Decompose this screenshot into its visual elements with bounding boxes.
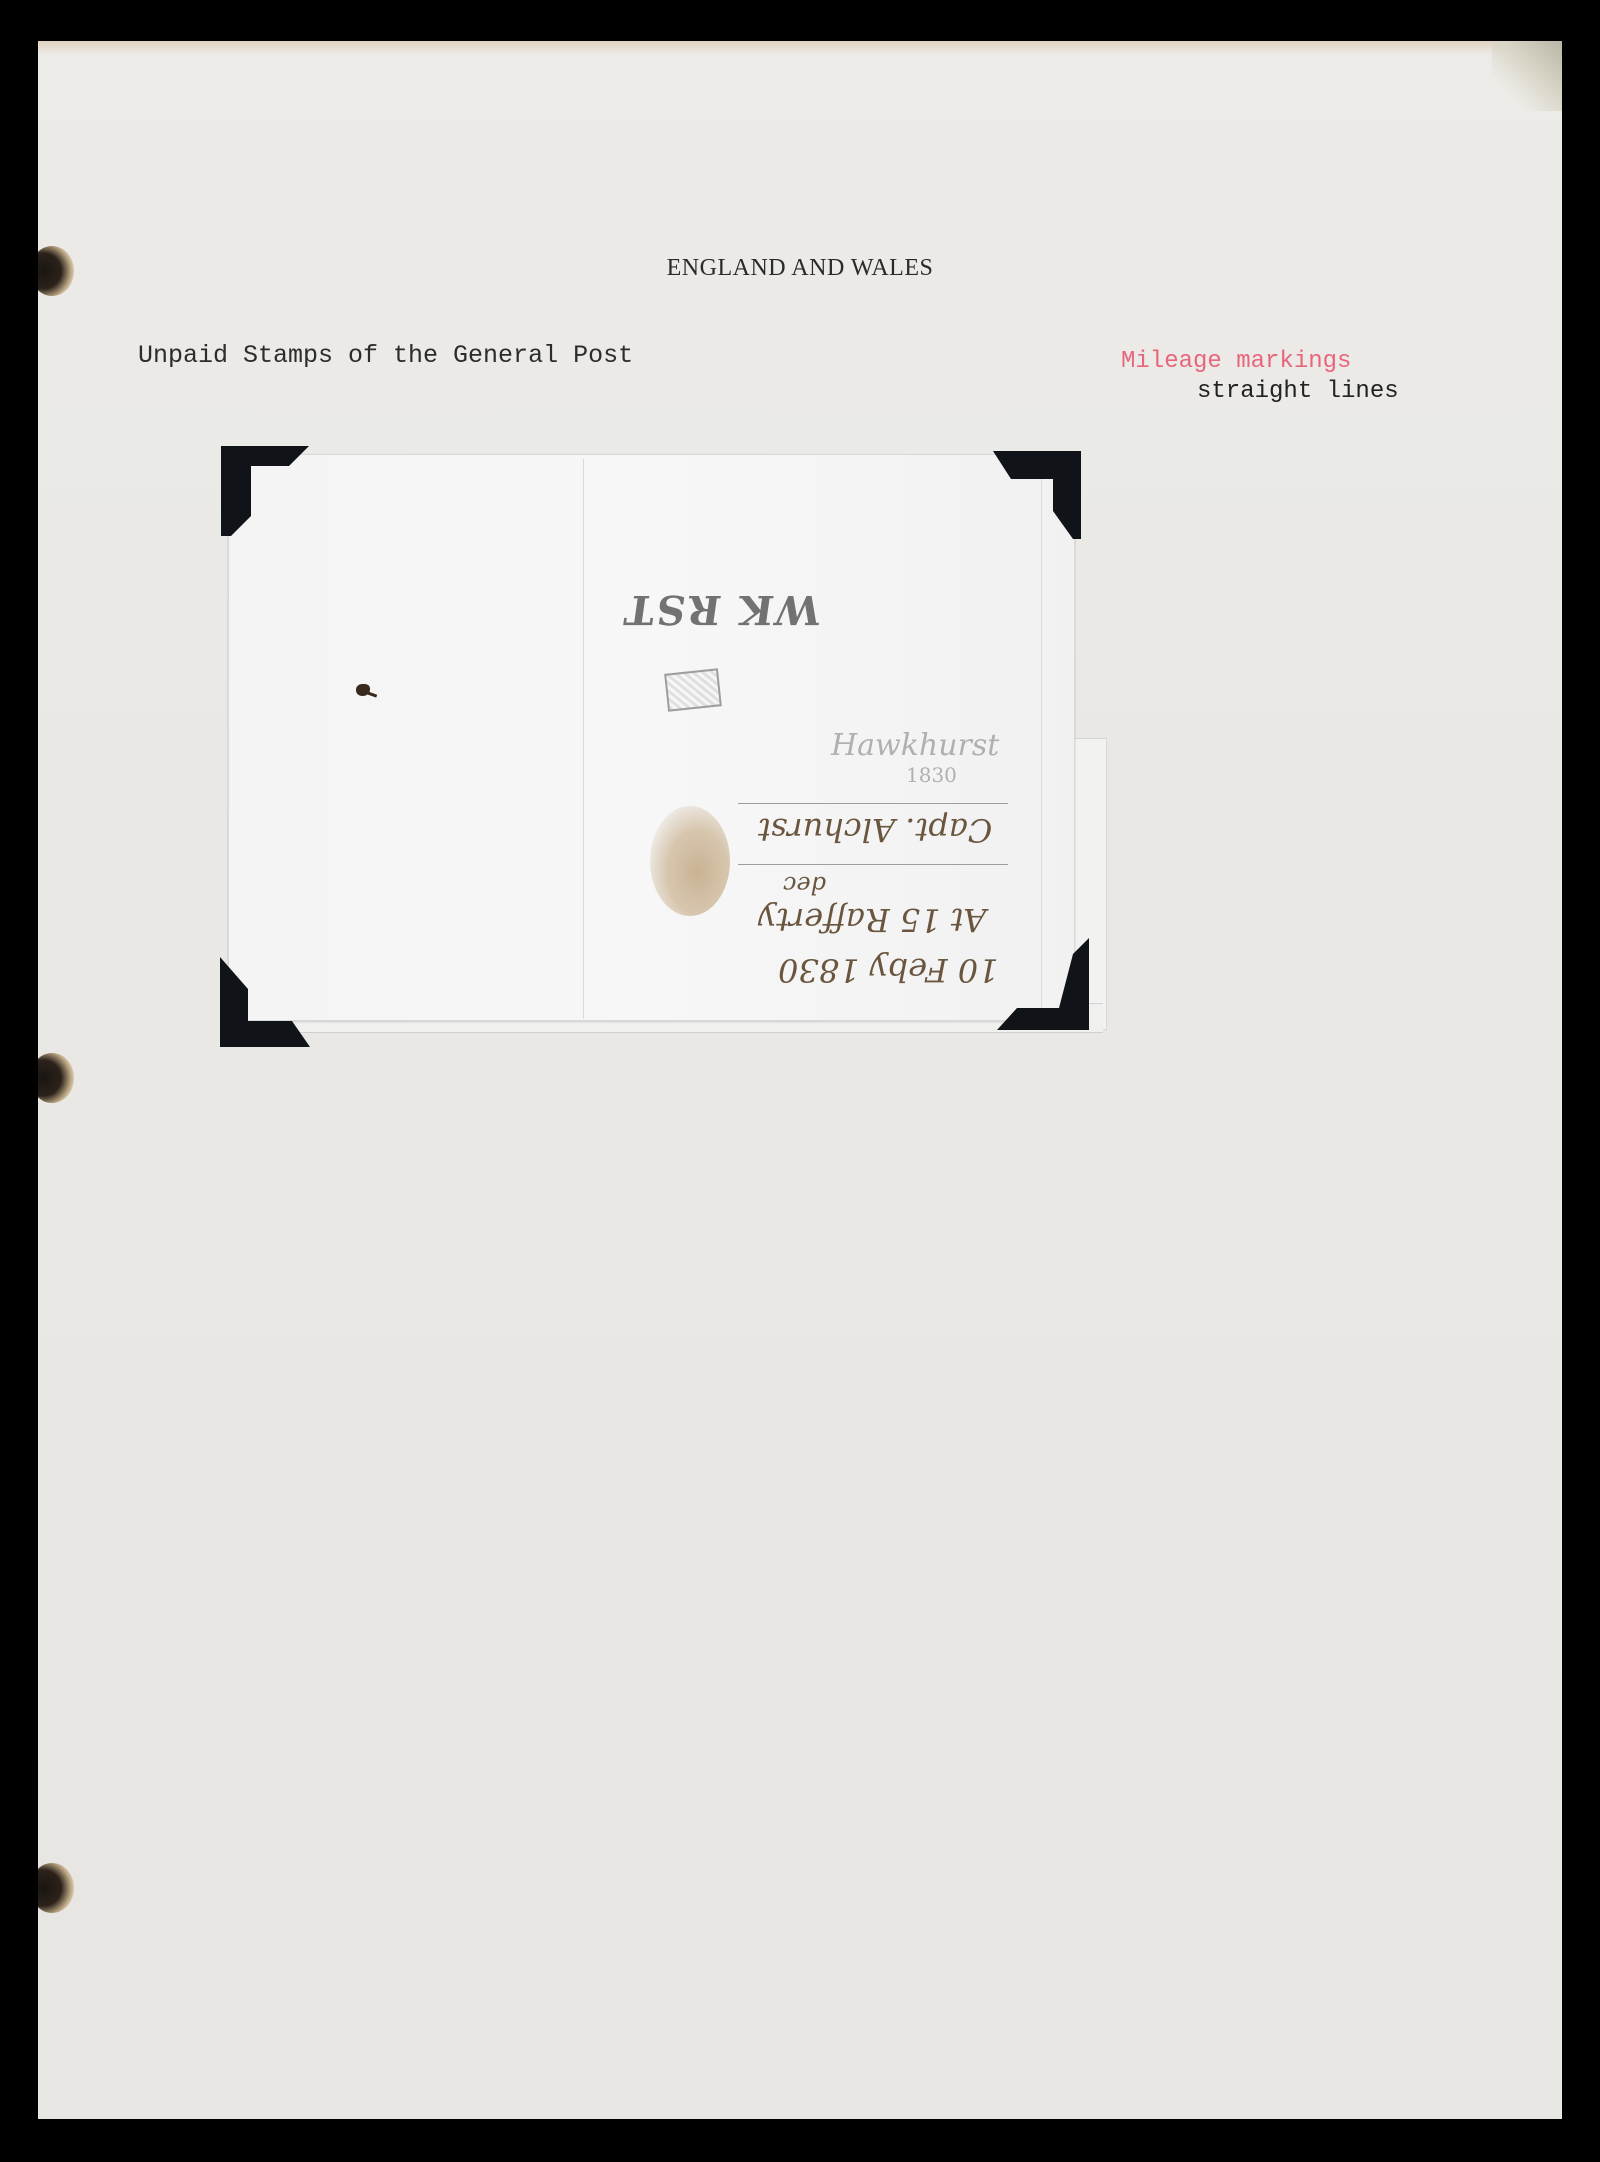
pencil-note: Hawkhurst [831,728,999,763]
pencil-year: 1830 [906,763,957,787]
photo-corner-bottom-left [214,951,314,1051]
manuscript-line-2: dec [783,871,826,899]
binder-hole-middle [38,1053,74,1103]
postmark-hawkhurst: WK RST [620,586,824,633]
photo-corner-top-right [991,451,1081,541]
category-sublabel: straight lines [1197,378,1399,405]
page-curl [1492,41,1562,111]
cover-fold-line [583,459,584,1019]
album-page: ENGLAND AND WALES Unpaid Stamps of the G… [38,41,1562,2119]
page-subtitle: Unpaid Stamps of the General Post [138,341,633,370]
photo-corner-top-left [221,446,311,536]
address-rule [738,864,1008,865]
page-heading: ENGLAND AND WALES [38,255,1562,282]
photo-corner-bottom-right [993,934,1093,1034]
manuscript-line-1: Capt. Alchurst [758,811,992,849]
category-label: Mileage markings [1121,348,1351,375]
address-rule [738,803,1008,804]
wax-seal-remnant [650,806,730,916]
manuscript-line-3: At 15 Rafferty [758,901,986,939]
binder-hole-bottom [38,1863,74,1913]
manuscript-line-4: 10 Feby 1830 [778,951,998,989]
mileage-box-stamp [664,668,722,711]
